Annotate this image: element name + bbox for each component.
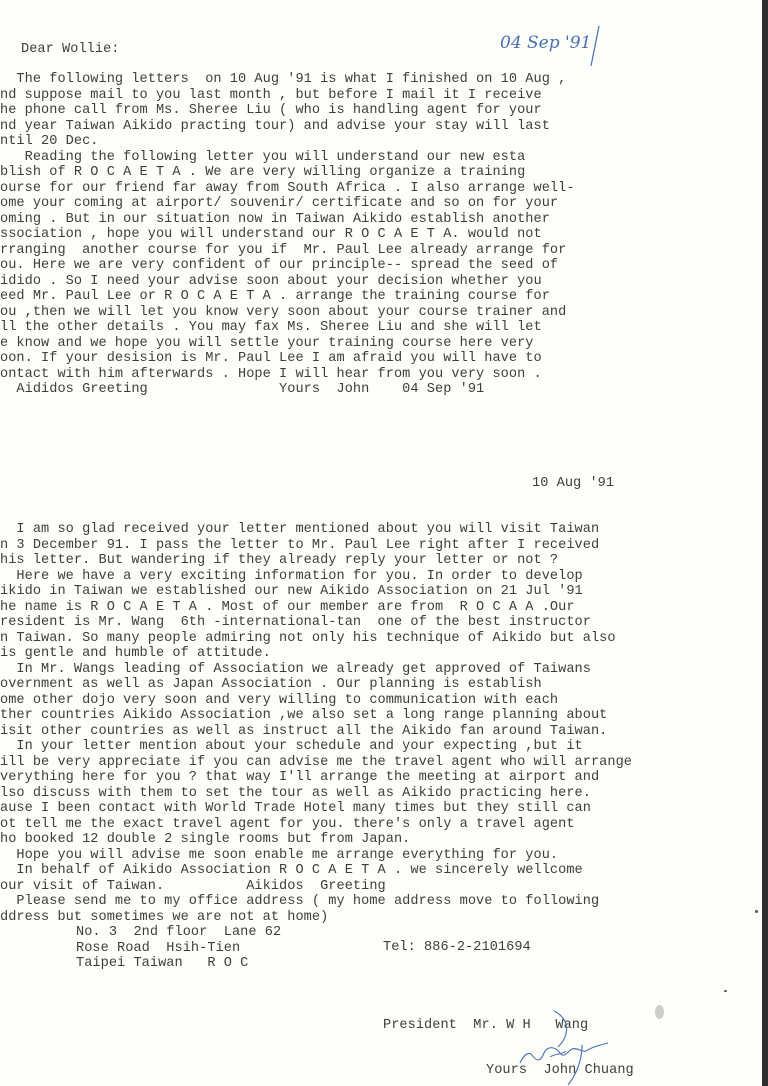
letter-line: resident is Mr. Wang 6th -international-… [0, 615, 591, 630]
cover-letter-line: e know and we hope you will settle your … [0, 336, 534, 351]
letter-line: In your letter mention about your schedu… [0, 739, 583, 754]
letter-line: Here we have a very exciting information… [0, 569, 583, 584]
cover-letter-line: oming . But in our situation now in Taiw… [0, 212, 550, 227]
cover-letter-line: ourse for our friend far away from South… [0, 181, 575, 196]
cover-letter-line: ll the other details . You may fax Ms. S… [0, 320, 542, 335]
scan-edge-border [762, 0, 768, 1086]
letter-line: n 3 December 91. I pass the letter to Mr… [0, 538, 599, 553]
letter-line: ddress but sometimes we are not at home) [0, 910, 328, 925]
address-line: Taipei Taiwan R O C [76, 956, 248, 971]
cover-letter-line: Aididos Greeting Yours John 04 Sep '91 [0, 382, 484, 397]
letter-line: ho booked 12 double 2 single rooms but f… [0, 832, 410, 847]
letter-line: verything here for you ? that way I'll a… [0, 770, 599, 785]
letter-line: n Taiwan. So many people admiring not on… [0, 631, 616, 646]
telephone-number: Tel: 886-2-2101694 [383, 940, 531, 955]
letter-line: he name is R O C A E T A . Most of our m… [0, 600, 575, 615]
letter-line: I am so glad received your letter mentio… [0, 522, 599, 537]
letter-date: 10 Aug '91 [532, 476, 614, 491]
letter-line: our visit of Taiwan. Aikidos Greeting [0, 879, 386, 894]
cover-letter-line: nd suppose mail to you last month , but … [0, 88, 542, 103]
address-line: No. 3 2nd floor Lane 62 [76, 925, 281, 940]
handwritten-slash-mark [585, 22, 605, 72]
letter-line: ome other dojo very soon and very willin… [0, 693, 558, 708]
letter-line: ikido in Taiwan we established our new A… [0, 584, 583, 599]
letter-line: is gentle and humble of attitude. [0, 646, 271, 661]
letter-line: In behalf of Aikido Association R O C A … [0, 863, 583, 878]
cover-letter-line: rranging another course for you if Mr. P… [0, 243, 566, 258]
paper-speck [724, 990, 727, 992]
cover-letter-line: ome your coming at airport/ souvenir/ ce… [0, 196, 558, 211]
paper-speck [755, 910, 758, 913]
cover-letter-line: ou. Here we are very confident of our pr… [0, 258, 558, 273]
cover-letter-line: eed Mr. Paul Lee or R O C A E T A . arra… [0, 289, 550, 304]
letter-line: Hope you will advise me soon enable me a… [0, 848, 558, 863]
letter-line: In Mr. Wangs leading of Association we a… [0, 662, 591, 677]
letter-line: Please send me to my office address ( my… [0, 894, 599, 909]
letter-line: isit other countries as well as instruct… [0, 724, 607, 739]
cover-letter-line: ssociation , hope you will understand ou… [0, 227, 542, 242]
handwritten-date: 04 Sep '91 [500, 33, 591, 53]
letter-line: ill be very appreciate if you can advise… [0, 755, 632, 770]
letter-line: lso discuss with them to set the tour as… [0, 786, 591, 801]
letter-line: ot tell me the exact travel agent for yo… [0, 817, 575, 832]
handwritten-signature [510, 1005, 620, 1085]
cover-letter-line: idido . So I need your advise soon about… [0, 274, 542, 289]
letter-line: ther countries Aikido Association ,we al… [0, 708, 607, 723]
cover-letter-line: ontact with him afterwards . Hope I will… [0, 367, 542, 382]
cover-letter-line: nd year Taiwan Aikido practing tour) and… [0, 119, 550, 134]
cover-letter-line: he phone call from Ms. Sheree Liu ( who … [0, 103, 542, 118]
letter-line: overnment as well as Japan Association .… [0, 677, 542, 692]
paper-smudge [655, 1005, 664, 1019]
address-line: Rose Road Hsih-Tien [76, 941, 240, 956]
letter-line: ause I been contact with World Trade Hot… [0, 801, 591, 816]
cover-letter-line: ntil 20 Dec. [0, 134, 99, 149]
cover-letter-line: blish of R O C A E T A . We are very wil… [0, 165, 525, 180]
letter-line: his letter. But wandering if they alread… [0, 553, 558, 568]
letter-page: 04 Sep '91 Dear Wollie: The following le… [0, 0, 762, 1086]
cover-letter-line: Reading the following letter you will un… [0, 150, 525, 165]
salutation: Dear Wollie: [21, 42, 120, 57]
cover-letter-line: oon. If your desision is Mr. Paul Lee I … [0, 351, 542, 366]
cover-letter-line: ou ,then we will let you know very soon … [0, 305, 566, 320]
cover-letter-line: The following letters on 10 Aug '91 is w… [0, 72, 566, 87]
